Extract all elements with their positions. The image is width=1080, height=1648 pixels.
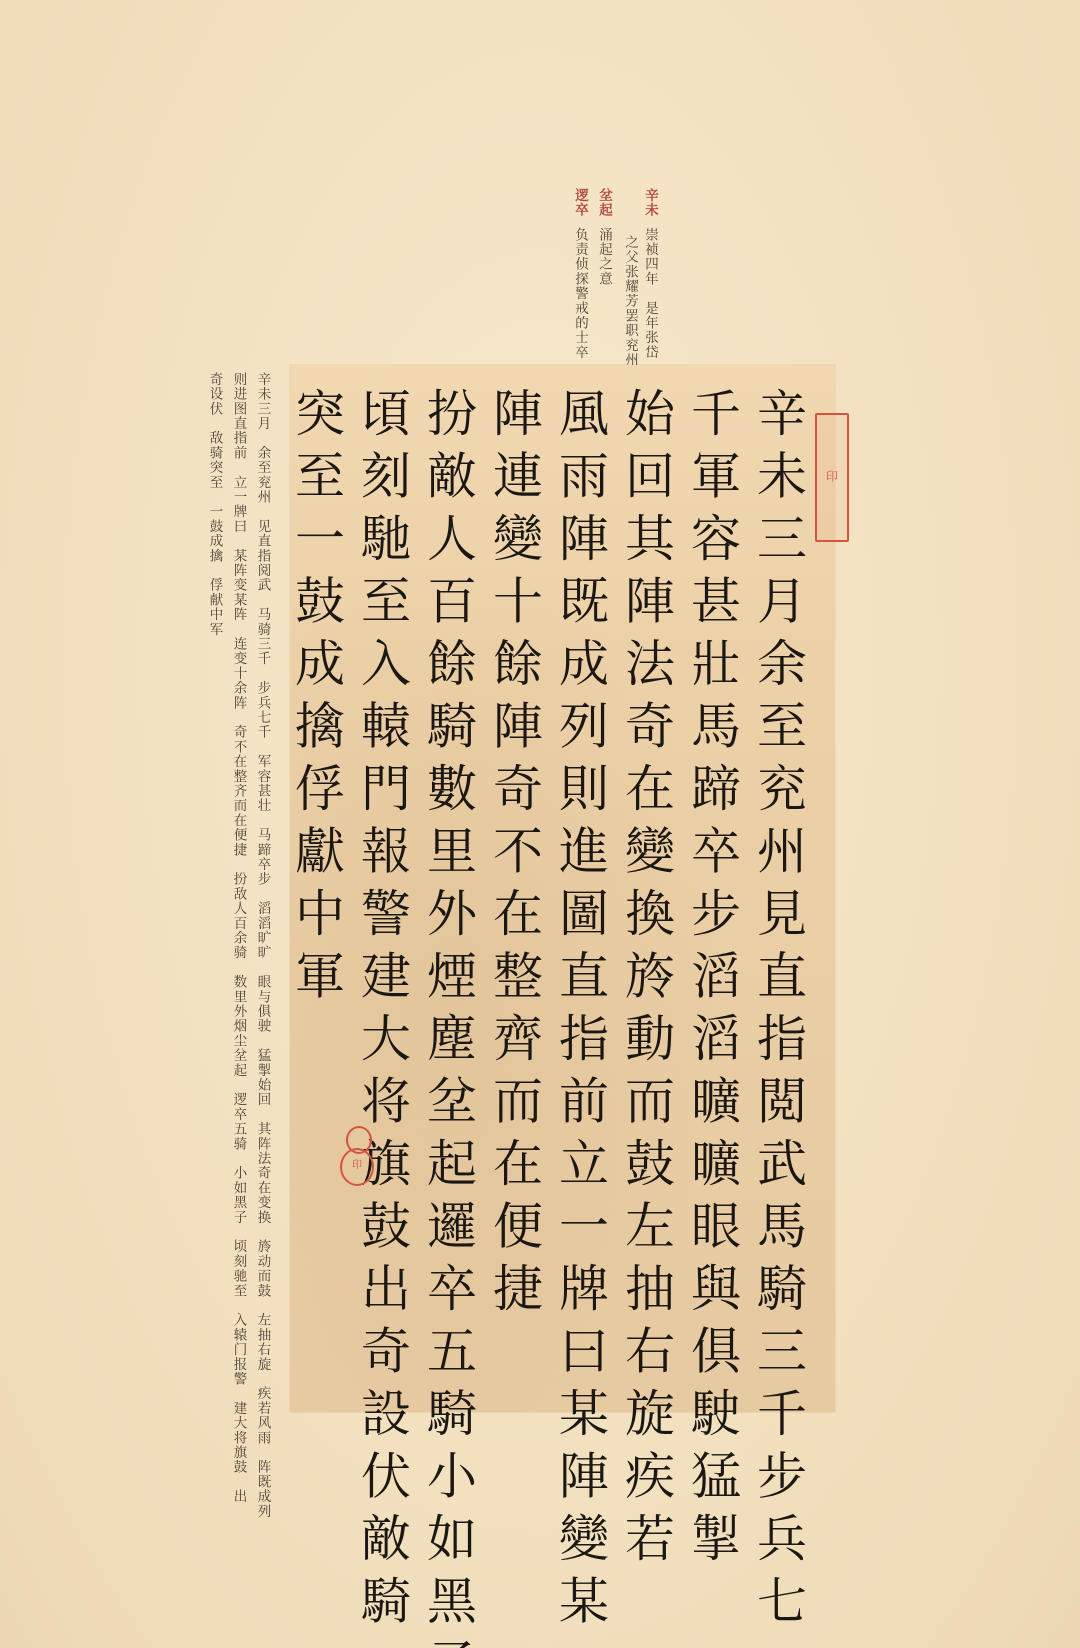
note-definition: 之父张耀芳罢职兖州 bbox=[622, 235, 638, 367]
note-definition: 崇祯四年 是年张岱 bbox=[642, 227, 658, 359]
note-xinwei: 辛未崇祯四年 是年张岱 bbox=[640, 188, 660, 360]
calligraphy-panel: 辛未三月余至兖州見直指閲武馬騎三千步兵七 千軍容甚壯馬蹄卒步滔滔曠曠眼與俱駛猛掣… bbox=[290, 365, 835, 1412]
calligraphy-column: 風雨陣既成列則進圖直指前立一牌曰某陣變某 bbox=[547, 387, 613, 1407]
calligraphy-column: 千軍容甚壯馬蹄卒步滔滔曠曠眼與俱駛猛掣 bbox=[679, 387, 745, 1407]
calligraphy-text: 辛未三月余至兖州見直指閲武馬騎三千步兵七 千軍容甚壯馬蹄卒步滔滔曠曠眼與俱駛猛掣… bbox=[283, 387, 811, 1407]
translation-column-3: 奇设伏 敌骑突至 一鼓成擒 俘献中军 bbox=[207, 372, 221, 637]
translation-column-2: 则进图直指前 立一牌曰 某阵变某阵 连变十余阵 奇不在整齐而在便捷 扮敌人百余骑… bbox=[231, 372, 245, 1504]
note-term: 逻卒 bbox=[572, 188, 588, 217]
note-benqi: 坌起涌起之意 bbox=[594, 188, 614, 286]
calligraphy-column: 扮敵人百餘騎數里外煙塵坌起邏卒五騎小如黑子 bbox=[415, 387, 481, 1407]
note-term: 坌起 bbox=[596, 188, 612, 217]
calligraphy-column: 突至一鼓成擒俘獻中軍 bbox=[283, 387, 349, 1407]
note-definition: 负责侦探警戒的士卒 bbox=[572, 227, 588, 359]
calligraphy-column: 陣連變十餘陣奇不在整齊而在便捷 bbox=[481, 387, 547, 1407]
rectangular-seal-icon: 印 bbox=[815, 413, 849, 542]
calligraphy-column: 頃刻馳至入轅門報警建大将旗鼓出奇設伏敵騎 bbox=[349, 387, 415, 1407]
seal-text: 印 bbox=[824, 470, 841, 486]
gourd-seal-icon: 印 bbox=[340, 1126, 374, 1186]
note-definition: 涌起之意 bbox=[596, 227, 612, 286]
note-xinwei-line2: 之父张耀芳罢职兖州 bbox=[620, 235, 640, 367]
translation-column-1: 辛未三月 余至兖州 见直指阅武 马骑三千 步兵七千 军容甚壮 马蹄卒步 滔滔旷旷… bbox=[255, 372, 269, 1519]
calligraphy-column: 始回其陣法奇在變換旍動而鼓左抽右旋疾若 bbox=[613, 387, 679, 1407]
note-term: 辛未 bbox=[642, 188, 658, 217]
calligraphy-column: 辛未三月余至兖州見直指閲武馬騎三千步兵七 bbox=[745, 387, 811, 1407]
note-luozu: 逻卒负责侦探警戒的士卒 bbox=[570, 188, 590, 360]
seal-text: 印 bbox=[352, 1156, 362, 1171]
